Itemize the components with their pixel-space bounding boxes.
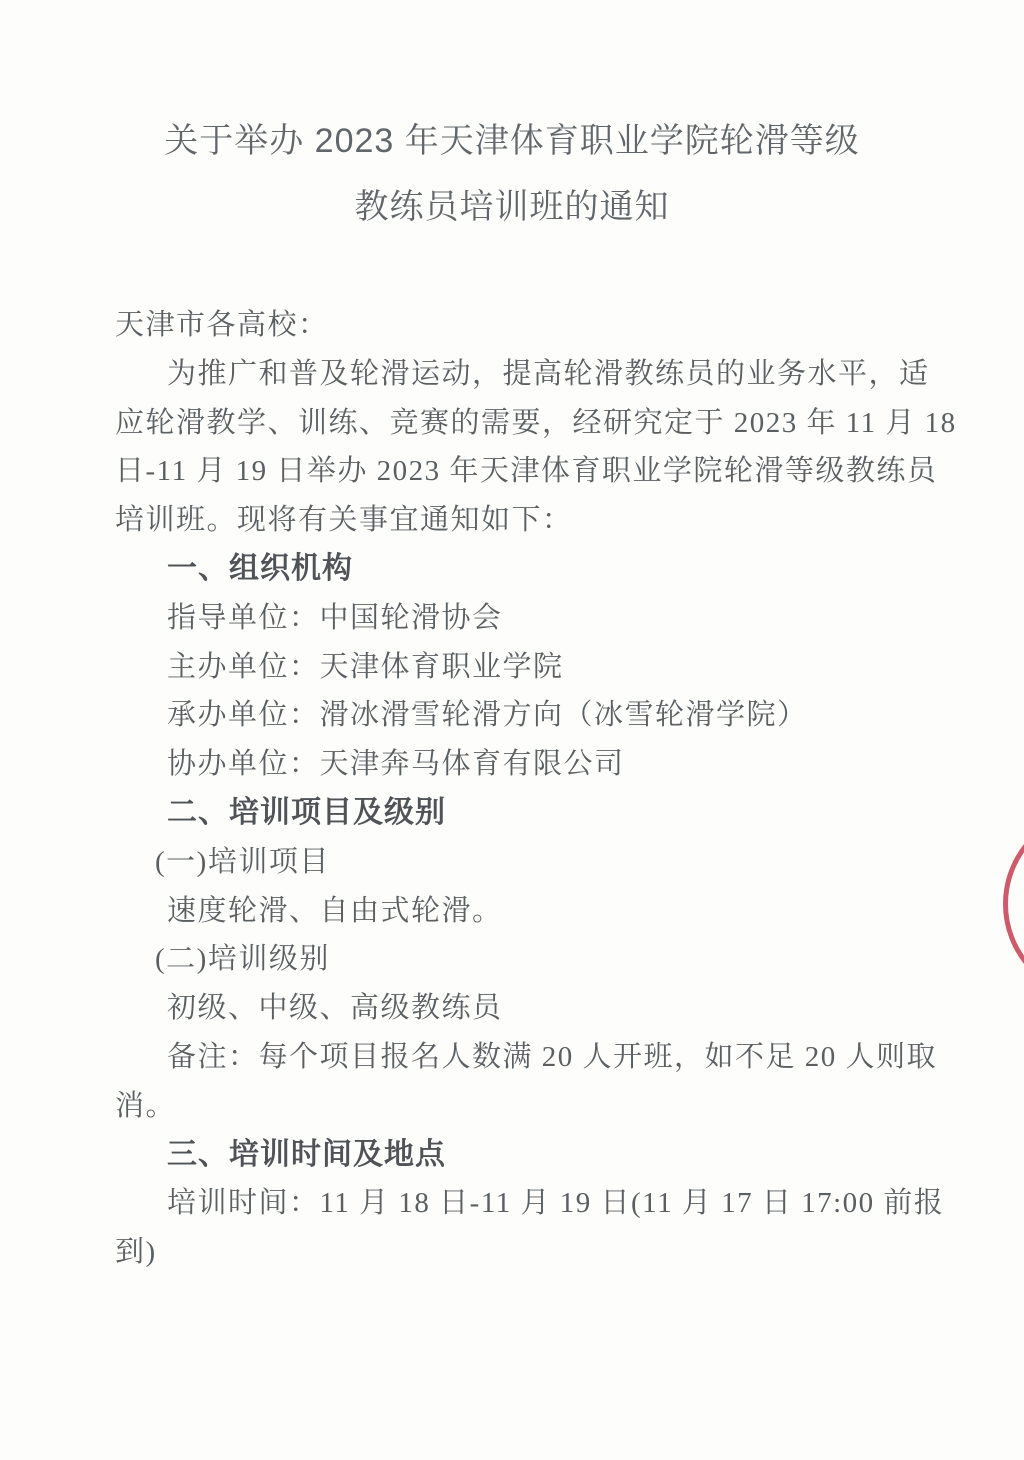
document-title: 关于举办 2023 年天津体育职业学院轮滑等级 教练员培训班的通知	[0, 108, 1024, 240]
section-2-projects-line: 速度轮滑、自由式轮滑。	[115, 887, 915, 936]
intro-line-2: 应轮滑教学、训练、竞赛的需要，经研究定于 2023 年 11 月 18	[115, 399, 915, 448]
section-1-line-host-unit: 主办单位：天津体育职业学院	[115, 643, 915, 692]
title-line-2: 教练员培训班的通知	[0, 174, 1024, 240]
section-1-heading: 一、组织机构	[115, 545, 915, 594]
section-2-subheading-2: (二)培训级别	[115, 935, 915, 984]
document-body: 天津市各高校： 为推广和普及轮滑运动，提高轮滑教练员的业务水平，适 应轮滑教学、…	[115, 301, 915, 1277]
section-3-time-line-1: 培训时间：11 月 18 日-11 月 19 日(11 月 17 日 17:00…	[115, 1179, 915, 1228]
title-line-1: 关于举办 2023 年天津体育职业学院轮滑等级	[0, 108, 1024, 174]
red-round-official-seal-icon	[1003, 808, 1024, 1000]
intro-line-1: 为推广和普及轮滑运动，提高轮滑教练员的业务水平，适	[115, 350, 915, 399]
intro-line-3: 日-11 月 19 日举办 2023 年天津体育职业学院轮滑等级教练员	[115, 447, 915, 496]
section-2-note-line-1: 备注：每个项目报名人数满 20 人开班，如不足 20 人则取	[115, 1033, 915, 1082]
section-1-line-guidance-unit: 指导单位：中国轮滑协会	[115, 594, 915, 643]
section-1-line-co-organizer-unit: 协办单位：天津奔马体育有限公司	[115, 740, 915, 789]
salutation: 天津市各高校：	[115, 301, 915, 350]
scanned-notice-page: 关于举办 2023 年天津体育职业学院轮滑等级 教练员培训班的通知 天津市各高校…	[0, 0, 1024, 1460]
section-3-time-line-2: 到)	[115, 1228, 915, 1277]
intro-line-4: 培训班。现将有关事宜通知如下：	[115, 496, 915, 545]
section-2-levels-line: 初级、中级、高级教练员	[115, 984, 915, 1033]
section-2-subheading-1: (一)培训项目	[115, 838, 915, 887]
section-1-line-organizer-unit: 承办单位：滑冰滑雪轮滑方向（冰雪轮滑学院）	[115, 691, 915, 740]
section-2-heading: 二、培训项目及级别	[115, 789, 915, 838]
section-3-heading: 三、培训时间及地点	[115, 1131, 915, 1180]
section-2-note-line-2: 消。	[115, 1082, 915, 1131]
